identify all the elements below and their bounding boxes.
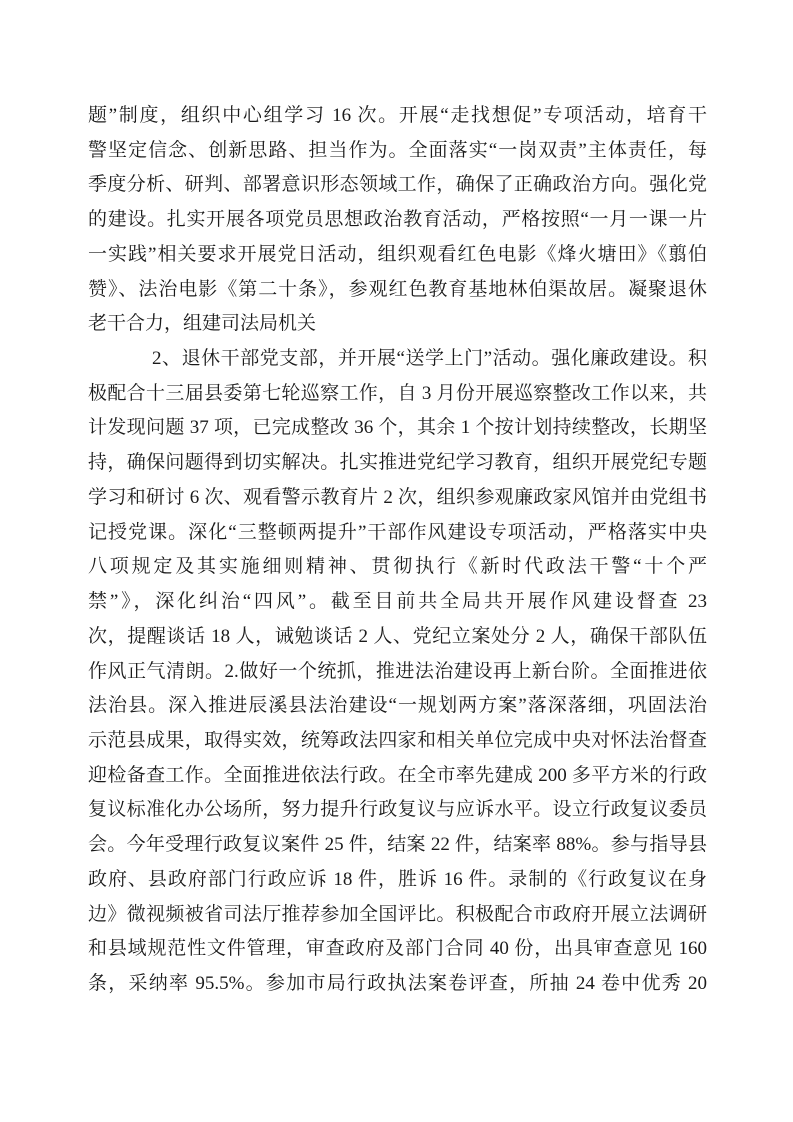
document-page: 题”制度，组织中心组学习 16 次。开展“走找想促”专项活动，培育干警坚定信念、… [0, 0, 793, 1122]
text-line: 禁”》，深化纠治“四风”。截至目前共全局共开展作风建设督查 23 [88, 585, 707, 620]
text-line: 警坚定信念、创新思路、担当作为。全面落实“一岗双责”主体责任，每 [88, 134, 707, 169]
document-text-block: 题”制度，组织中心组学习 16 次。开展“走找想促”专项活动，培育干警坚定信念、… [88, 99, 707, 1002]
text-line: 条，采纳率 95.5%。参加市局行政执法案卷评查，所抽 24 卷中优秀 20 [88, 967, 707, 1002]
text-line: 会。今年受理行政复议案件 25 件，结案 22 件，结案率 88%。参与指导县 [88, 828, 707, 863]
text-line: 和县域规范性文件管理，审查政府及部门合同 40 份，出具审查意见 160 [88, 932, 707, 967]
text-line: 季度分析、研判、部署意识形态领域工作，确保了正确政治方向。强化党 [88, 168, 707, 203]
text-line: 法治县。深入推进辰溪县法治建设“一规划两方案”落深落细，巩固法治 [88, 689, 707, 724]
text-line: 题”制度，组织中心组学习 16 次。开展“走找想促”专项活动，培育干 [88, 99, 707, 134]
text-line: 一实践”相关要求开展党日活动，组织观看红色电影《烽火塘田》《翦伯 [88, 238, 707, 273]
text-line: 2、退休干部党支部，并开展“送学上门”活动。强化廉政建设。积 [88, 342, 707, 377]
text-line: 迎检备查工作。全面推进依法行政。在全市率先建成 200 多平方米的行政 [88, 759, 707, 794]
text-line: 记授党课。深化“三整顿两提升”干部作风建设专项活动，严格落实中央 [88, 516, 707, 551]
text-line: 作风正气清朗。2.做好一个统抓，推进法治建设再上新台阶。全面推进依 [88, 655, 707, 690]
text-line: 复议标准化办公场所，努力提升行政复议与应诉水平。设立行政复议委员 [88, 793, 707, 828]
text-line: 持，确保问题得到切实解决。扎实推进党纪学习教育，组织开展党纪专题 [88, 446, 707, 481]
text-line: 政府、县政府部门行政应诉 18 件，胜诉 16 件。录制的《行政复议在身 [88, 863, 707, 898]
text-line: 计发现问题 37 项，已完成整改 36 个，其余 1 个按计划持续整改，长期坚 [88, 411, 707, 446]
text-line: 边》微视频被省司法厅推荐参加全国评比。积极配合市政府开展立法调研 [88, 898, 707, 933]
text-line: 赞》、法治电影《第二十条》，参观红色教育基地林伯渠故居。凝聚退休 [88, 273, 707, 308]
text-line: 学习和研讨 6 次、观看警示教育片 2 次，组织参观廉政家风馆并由党组书 [88, 481, 707, 516]
text-line: 次，提醒谈话 18 人，诫勉谈话 2 人、党纪立案处分 2 人，确保干部队伍 [88, 620, 707, 655]
text-line: 八项规定及其实施细则精神、贯彻执行《新时代政法干警“十个严 [88, 550, 707, 585]
text-line: 极配合十三届县委第七轮巡察工作，自 3 月份开展巡察整改工作以来，共 [88, 377, 707, 412]
text-line: 老干合力，组建司法局机关 [88, 307, 707, 342]
text-line: 示范县成果，取得实效，统筹政法四家和相关单位完成中央对怀法治督查 [88, 724, 707, 759]
text-line: 的建设。扎实开展各项党员思想政治教育活动，严格按照“一月一课一片 [88, 203, 707, 238]
